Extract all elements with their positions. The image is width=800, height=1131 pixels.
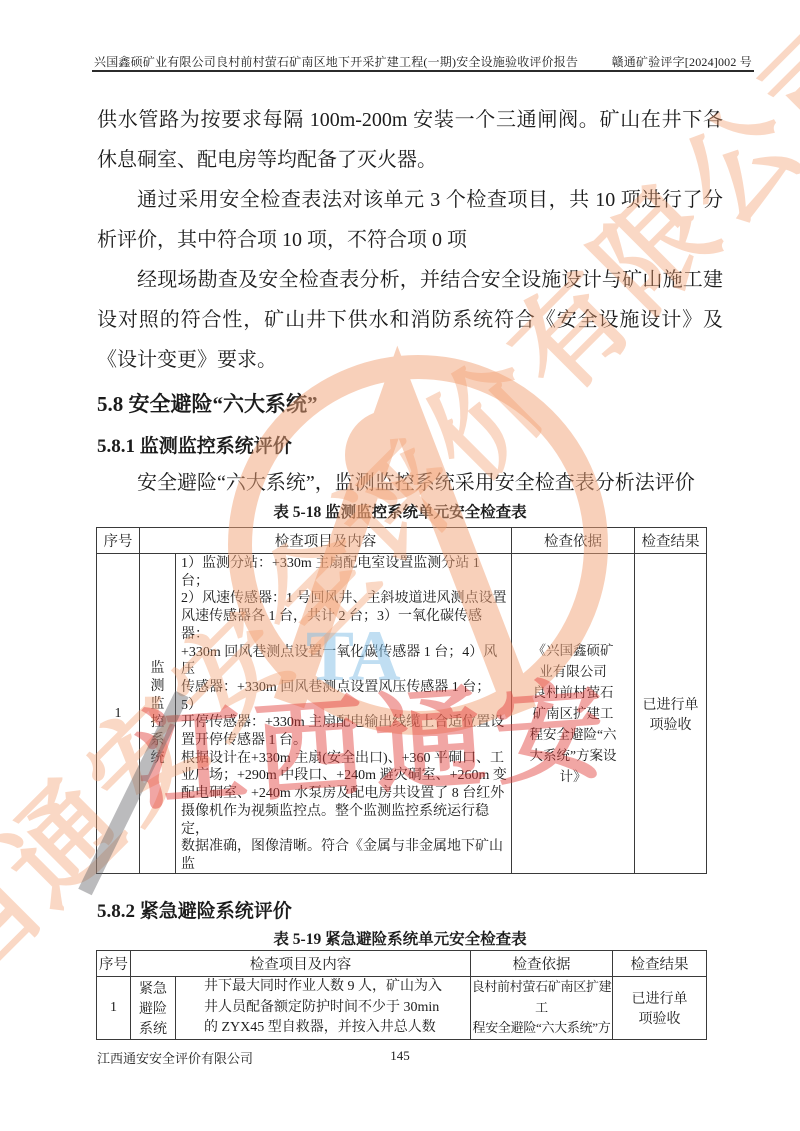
header-report-title: 兴国鑫硕矿业有限公司良村前村萤石矿南区地下开采扩建工程(一期)安全设施验收评价报…: [94, 53, 578, 70]
t18-cell-basis: 《兴国鑫硕矿 业有限公司 良村前村萤石 矿南区扩建工 程安全避险“六 大系统”方…: [512, 554, 635, 873]
t19-basis-text: 《兴国鑫硕矿业有限公司 良村前村萤石矿南区扩建工 程安全避险“六大系统”方案: [471, 977, 612, 1039]
t19-system-label: 紧急 避险 系统: [139, 978, 167, 1038]
header-divider: [92, 70, 754, 72]
page-header: 兴国鑫硕矿业有限公司良村前村萤石矿南区地下开采扩建工程(一期)安全设施验收评价报…: [94, 53, 752, 70]
t18-result-text: 已进行单 项验收: [643, 694, 699, 734]
t19-result-text: 已进行单 项验收: [632, 988, 688, 1028]
t19-content-text: 井下最大同时作业人数 9 人，矿山为入 井人员配备额定防护时间不少于 30min…: [202, 977, 444, 1038]
heading-5-8-1: 5.8.1 监测监控系统评价: [97, 431, 292, 458]
paragraph-conclusion: 经现场勘查及安全检查表分析，并结合安全设施设计与矿山施工建设对照的符合性，矿山井…: [97, 260, 723, 380]
t19-header-basis: 检查依据: [471, 951, 613, 977]
t19-header-result: 检查结果: [613, 951, 706, 977]
t18-cell-result: 已进行单 项验收: [635, 554, 706, 873]
t18-cell-content: 1）监测分站：+330m 主扇配电室设置监测分站 1 台； 2）风速传感器：1 …: [176, 554, 512, 873]
t18-header-basis: 检查依据: [512, 528, 635, 554]
t18-system-label: 监 测 监 控 系 统: [151, 660, 165, 768]
t19-cell-no: 1: [97, 977, 131, 1039]
paragraph-water-pipe: 供水管路为按要求每隔 100m-200m 安装一个三通闸阀。矿山在井下各休息硐室…: [97, 100, 723, 180]
t18-header-no: 序号: [97, 528, 140, 554]
table-5-18-caption: 表 5-18 监测监控系统单元安全检查表: [0, 500, 800, 522]
t19-cell-result: 已进行单 项验收: [613, 977, 706, 1039]
table-5-18: 序号 检查项目及内容 检查依据 检查结果 1 监 测 监 控 系 统 1）监测分…: [96, 527, 707, 874]
t19-header-no: 序号: [97, 951, 131, 977]
paragraph-checklist-summary: 通过采用安全检查表法对该单元 3 个检查项目，共 10 项进行了分析评价，其中符…: [97, 180, 723, 260]
t18-cell-no: 1: [97, 554, 140, 873]
header-doc-number: 赣通矿验评字[2024]002 号: [612, 53, 752, 70]
t19-cell-system: 紧急 避险 系统: [131, 977, 176, 1039]
t18-basis-text: 《兴国鑫硕矿 业有限公司 良村前村萤石 矿南区扩建工 程安全避险“六 大系统”方…: [530, 640, 617, 787]
t18-header-result: 检查结果: [635, 528, 706, 554]
t19-cell-basis: 《兴国鑫硕矿业有限公司 良村前村萤石矿南区扩建工 程安全避险“六大系统”方案: [471, 977, 613, 1039]
report-page: 兴国鑫硕矿业有限公司良村前村萤石矿南区地下开采扩建工程(一期)安全设施验收评价报…: [0, 0, 800, 1131]
paragraph-5-8-1-intro: 安全避险“六大系统”，监测监控系统采用安全检查表分析法评价: [97, 466, 723, 500]
footer-page-number: 145: [0, 1048, 800, 1064]
t18-cell-system: 监 测 监 控 系 统: [140, 554, 176, 873]
t19-header-item: 检查项目及内容: [131, 951, 471, 977]
table-5-19-caption: 表 5-19 紧急避险系统单元安全检查表: [0, 927, 800, 949]
heading-5-8: 5.8 安全避险“六大系统”: [97, 388, 318, 418]
table-5-19: 序号 检查项目及内容 检查依据 检查结果 1 紧急 避险 系统 井下最大同时作业…: [96, 950, 707, 1040]
t18-header-item: 检查项目及内容: [140, 528, 512, 554]
t19-cell-content: 井下最大同时作业人数 9 人，矿山为入 井人员配备额定防护时间不少于 30min…: [176, 977, 471, 1039]
heading-5-8-2: 5.8.2 紧急避险系统评价: [97, 896, 292, 923]
